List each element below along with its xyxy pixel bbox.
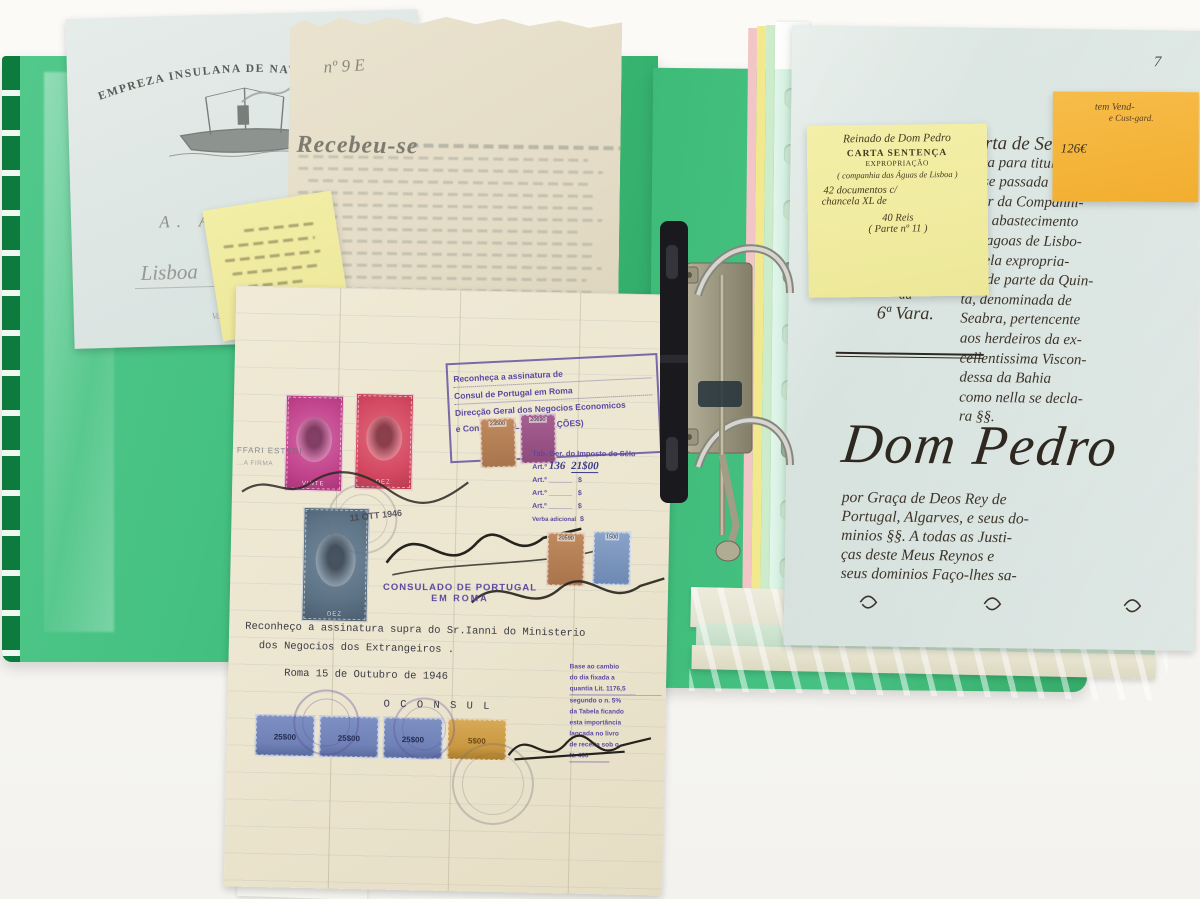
note-line: e Cust-gard. — [1061, 112, 1191, 123]
consulate-line: EM ROMA — [360, 593, 560, 604]
note-line: tem Vend- — [1061, 101, 1191, 113]
cash-line: quantia Lit. 1176,5 — [570, 683, 662, 695]
binder-left-spine-edge — [2, 56, 20, 662]
script-line: das agoas de Lisbo- — [961, 232, 1199, 255]
carta-sentenca-page: 7 Carta de Sen- tença para titulo e poss… — [784, 25, 1200, 651]
note-line: EXPROPRIAÇÃO — [813, 158, 981, 169]
cash-line: da Tabela ficando — [569, 706, 661, 717]
fee-dollar: $ — [578, 477, 582, 484]
cash-line: segundo o n. 5% — [570, 695, 662, 706]
flourish-curls — [854, 588, 1154, 614]
royal-text-block: por Graça de Deos Rey de Portugal, Algar… — [841, 488, 1172, 588]
consulate-line: CONSULADO DE PORTUGAL — [360, 582, 560, 594]
fee-value-hand: 21$00 — [571, 460, 599, 473]
note-line: ( companhia das Águas de Lisboa ) — [813, 169, 981, 181]
cash-line: do dia fixada a — [570, 672, 662, 683]
stamp-portrait — [366, 415, 403, 461]
note-line: Reinado de Dom Pedro — [813, 132, 981, 146]
stamp-overprint: 25$00 — [273, 732, 297, 742]
stamp-serial: 1500 — [605, 534, 619, 540]
ministry-stamp-fragment: FFARI ESTERI — [237, 446, 303, 456]
royal-title: Dom Pedro — [839, 412, 1122, 480]
note-line: ( Parte nº 11 ) — [814, 223, 982, 236]
note-line: chancela XL de — [814, 195, 982, 208]
yellow-sticky-note: Reinado de Dom Pedro CARTA SENTENÇA EXPR… — [807, 124, 989, 298]
stamp-serial: 20690 — [529, 417, 546, 423]
cash-line: Base ao cambio — [570, 661, 662, 672]
fee-num-hand: 136 — [549, 460, 566, 472]
form-number: nº 9 E — [323, 55, 365, 77]
stamp-denomination: DEZ — [327, 611, 342, 617]
consulate-rubber-stamp: CONSULADO DE PORTUGAL EM ROMA — [360, 582, 560, 604]
consular-document: Reconheça a assinatura de Consul de Port… — [224, 285, 674, 895]
note-line: 126€ — [1061, 140, 1191, 157]
stamp-serial: 20590 — [557, 535, 574, 541]
photo-open-binder-with-documents: { "colors": { "binder_green": "#42bd7c",… — [0, 0, 1200, 899]
fee-label: Art.º — [532, 490, 547, 497]
signature-stroke3 — [504, 721, 655, 774]
stamp-serial: 23500 — [489, 421, 506, 428]
court-line: 6ª Vara. — [840, 302, 970, 325]
fee-label: Art.º — [532, 477, 547, 484]
fee-label: Art.º — [532, 464, 547, 471]
page-number: 7 — [1154, 54, 1162, 71]
script-line: aos herdeiros da ex- — [960, 329, 1198, 352]
mini-stamp-brown: 23500 — [479, 417, 517, 468]
lever-arch-mechanism — [640, 205, 810, 565]
fee-dollar: $ — [578, 490, 582, 497]
royal-line: seus dominios Faço-lhes sa- — [841, 564, 1171, 588]
orange-sticky-note: tem Vend- e Cust-gard. 126€ — [1052, 91, 1199, 202]
